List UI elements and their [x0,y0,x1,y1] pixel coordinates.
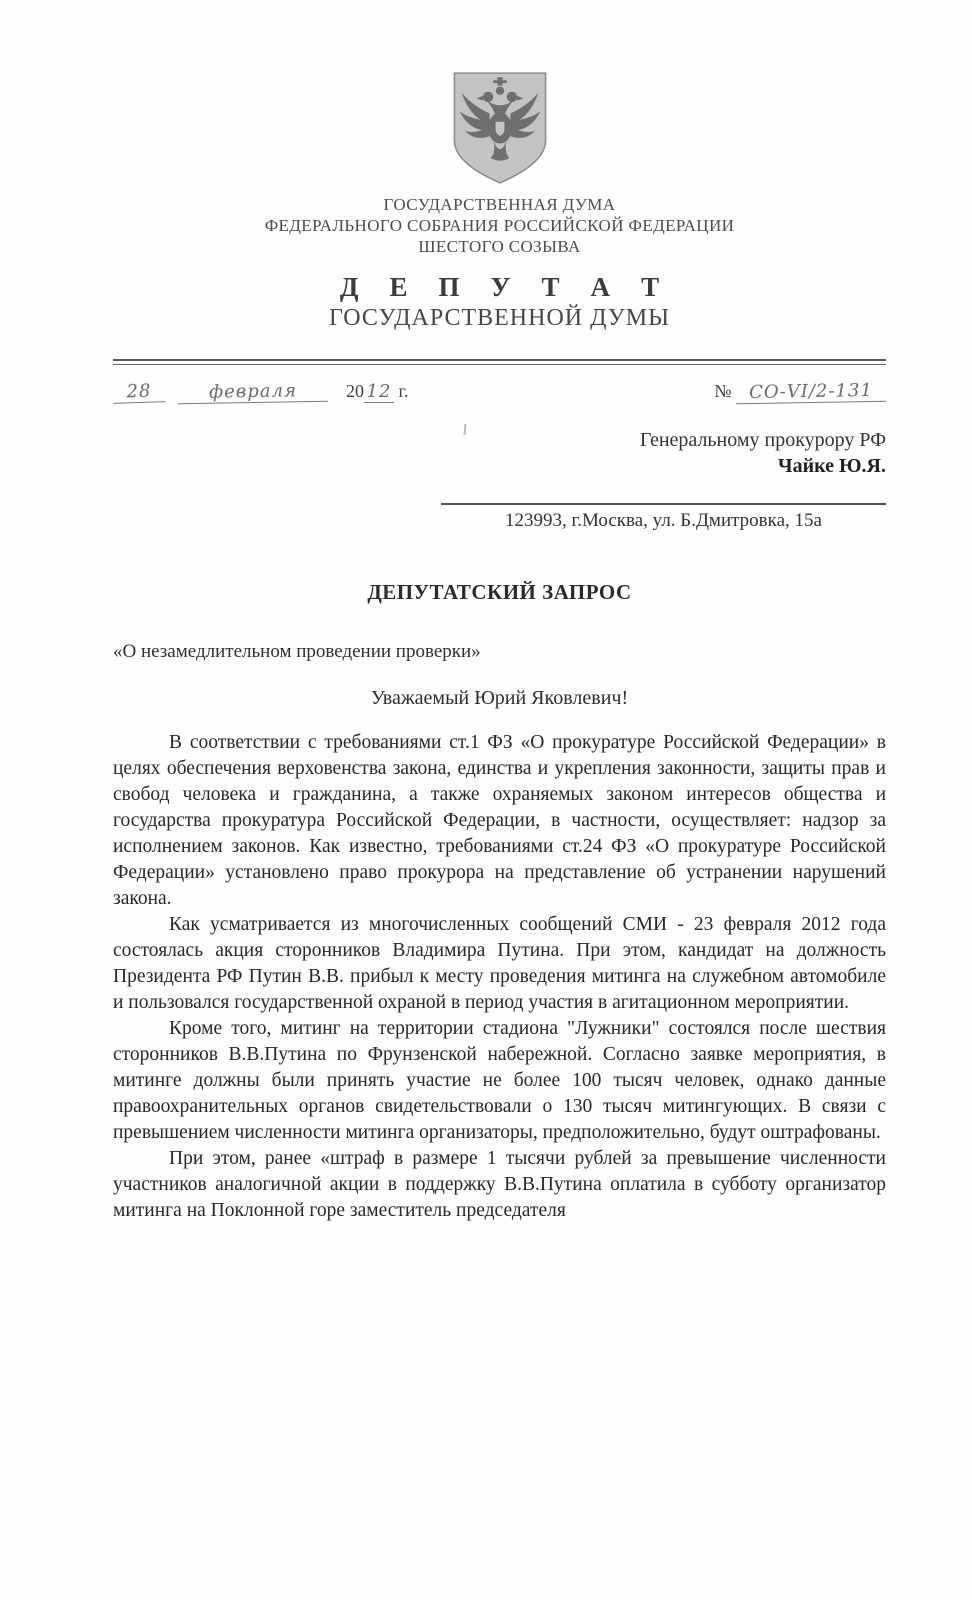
org-line-1: ГОСУДАРСТВЕННАЯ ДУМА [113,194,886,215]
date-year-handwritten: 12 [364,381,394,403]
body-paragraph-3: Кроме того, митинг на территории стадион… [113,1016,886,1146]
position-line-duma: ГОСУДАРСТВЕННОЙ ДУМЫ [113,303,886,333]
date-day-handwritten: 28 [113,380,166,404]
letterhead: ГОСУДАРСТВЕННАЯ ДУМА ФЕДЕРАЛЬНОГО СОБРАН… [113,70,886,333]
date-year: 2012 [346,381,394,401]
letterhead-divider-rule [113,359,886,365]
body-paragraph-4: При этом, ранее «штраф в размере 1 тысяч… [113,1146,886,1224]
document-title: ДЕПУТАТСКИЙ ЗАПРОС [113,580,886,605]
recipient-title: Генеральному прокурору РФ [113,427,886,453]
position-line-deputy: Д Е П У Т А Т [113,271,886,303]
body-paragraph-2: Как усматривается из многочисленных сооб… [113,912,886,1016]
salutation: Уважаемый Юрий Яковлевич! [113,687,886,710]
number-field: № СО-VI/2-131 [714,381,886,403]
date-field: 28 февраля 2012 г. [113,381,408,403]
position-title-block: Д Е П У Т А Т ГОСУДАРСТВЕННОЙ ДУМЫ [113,271,886,333]
date-month-handwritten: февраля [177,380,327,405]
date-era-label: г. [399,381,409,401]
org-line-3: ШЕСТОГО СОЗЫВА [113,236,886,257]
letter-body: В соответствии с требованиями ст.1 ФЗ «О… [113,730,886,1224]
recipient-name: Чайке Ю.Я. [113,453,886,479]
date-year-printed: 20 [346,381,364,401]
number-value-handwritten: СО-VI/2-131 [736,380,886,405]
org-line-2: ФЕДЕРАЛЬНОГО СОБРАНИЯ РОССИЙСКОЙ ФЕДЕРАЦ… [113,215,886,236]
org-name-block: ГОСУДАРСТВЕННАЯ ДУМА ФЕДЕРАЛЬНОГО СОБРАН… [113,194,886,257]
russian-coat-of-arms-icon [445,70,555,186]
reference-row: 28 февраля 2012 г. № СО-VI/2-131 [113,381,886,403]
recipient-address: 123993, г.Москва, ул. Б.Дмитровка, 15а [441,503,886,532]
recipient-block: Генеральному прокурору РФ Чайке Ю.Я. [113,427,886,479]
number-label: № [714,381,731,401]
body-paragraph-1: В соответствии с требованиями ст.1 ФЗ «О… [113,730,886,912]
scanned-letter-page: ГОСУДАРСТВЕННАЯ ДУМА ФЕДЕРАЛЬНОГО СОБРАН… [0,0,972,1600]
document-subject: «О незамедлительном проведении проверки» [113,641,886,663]
